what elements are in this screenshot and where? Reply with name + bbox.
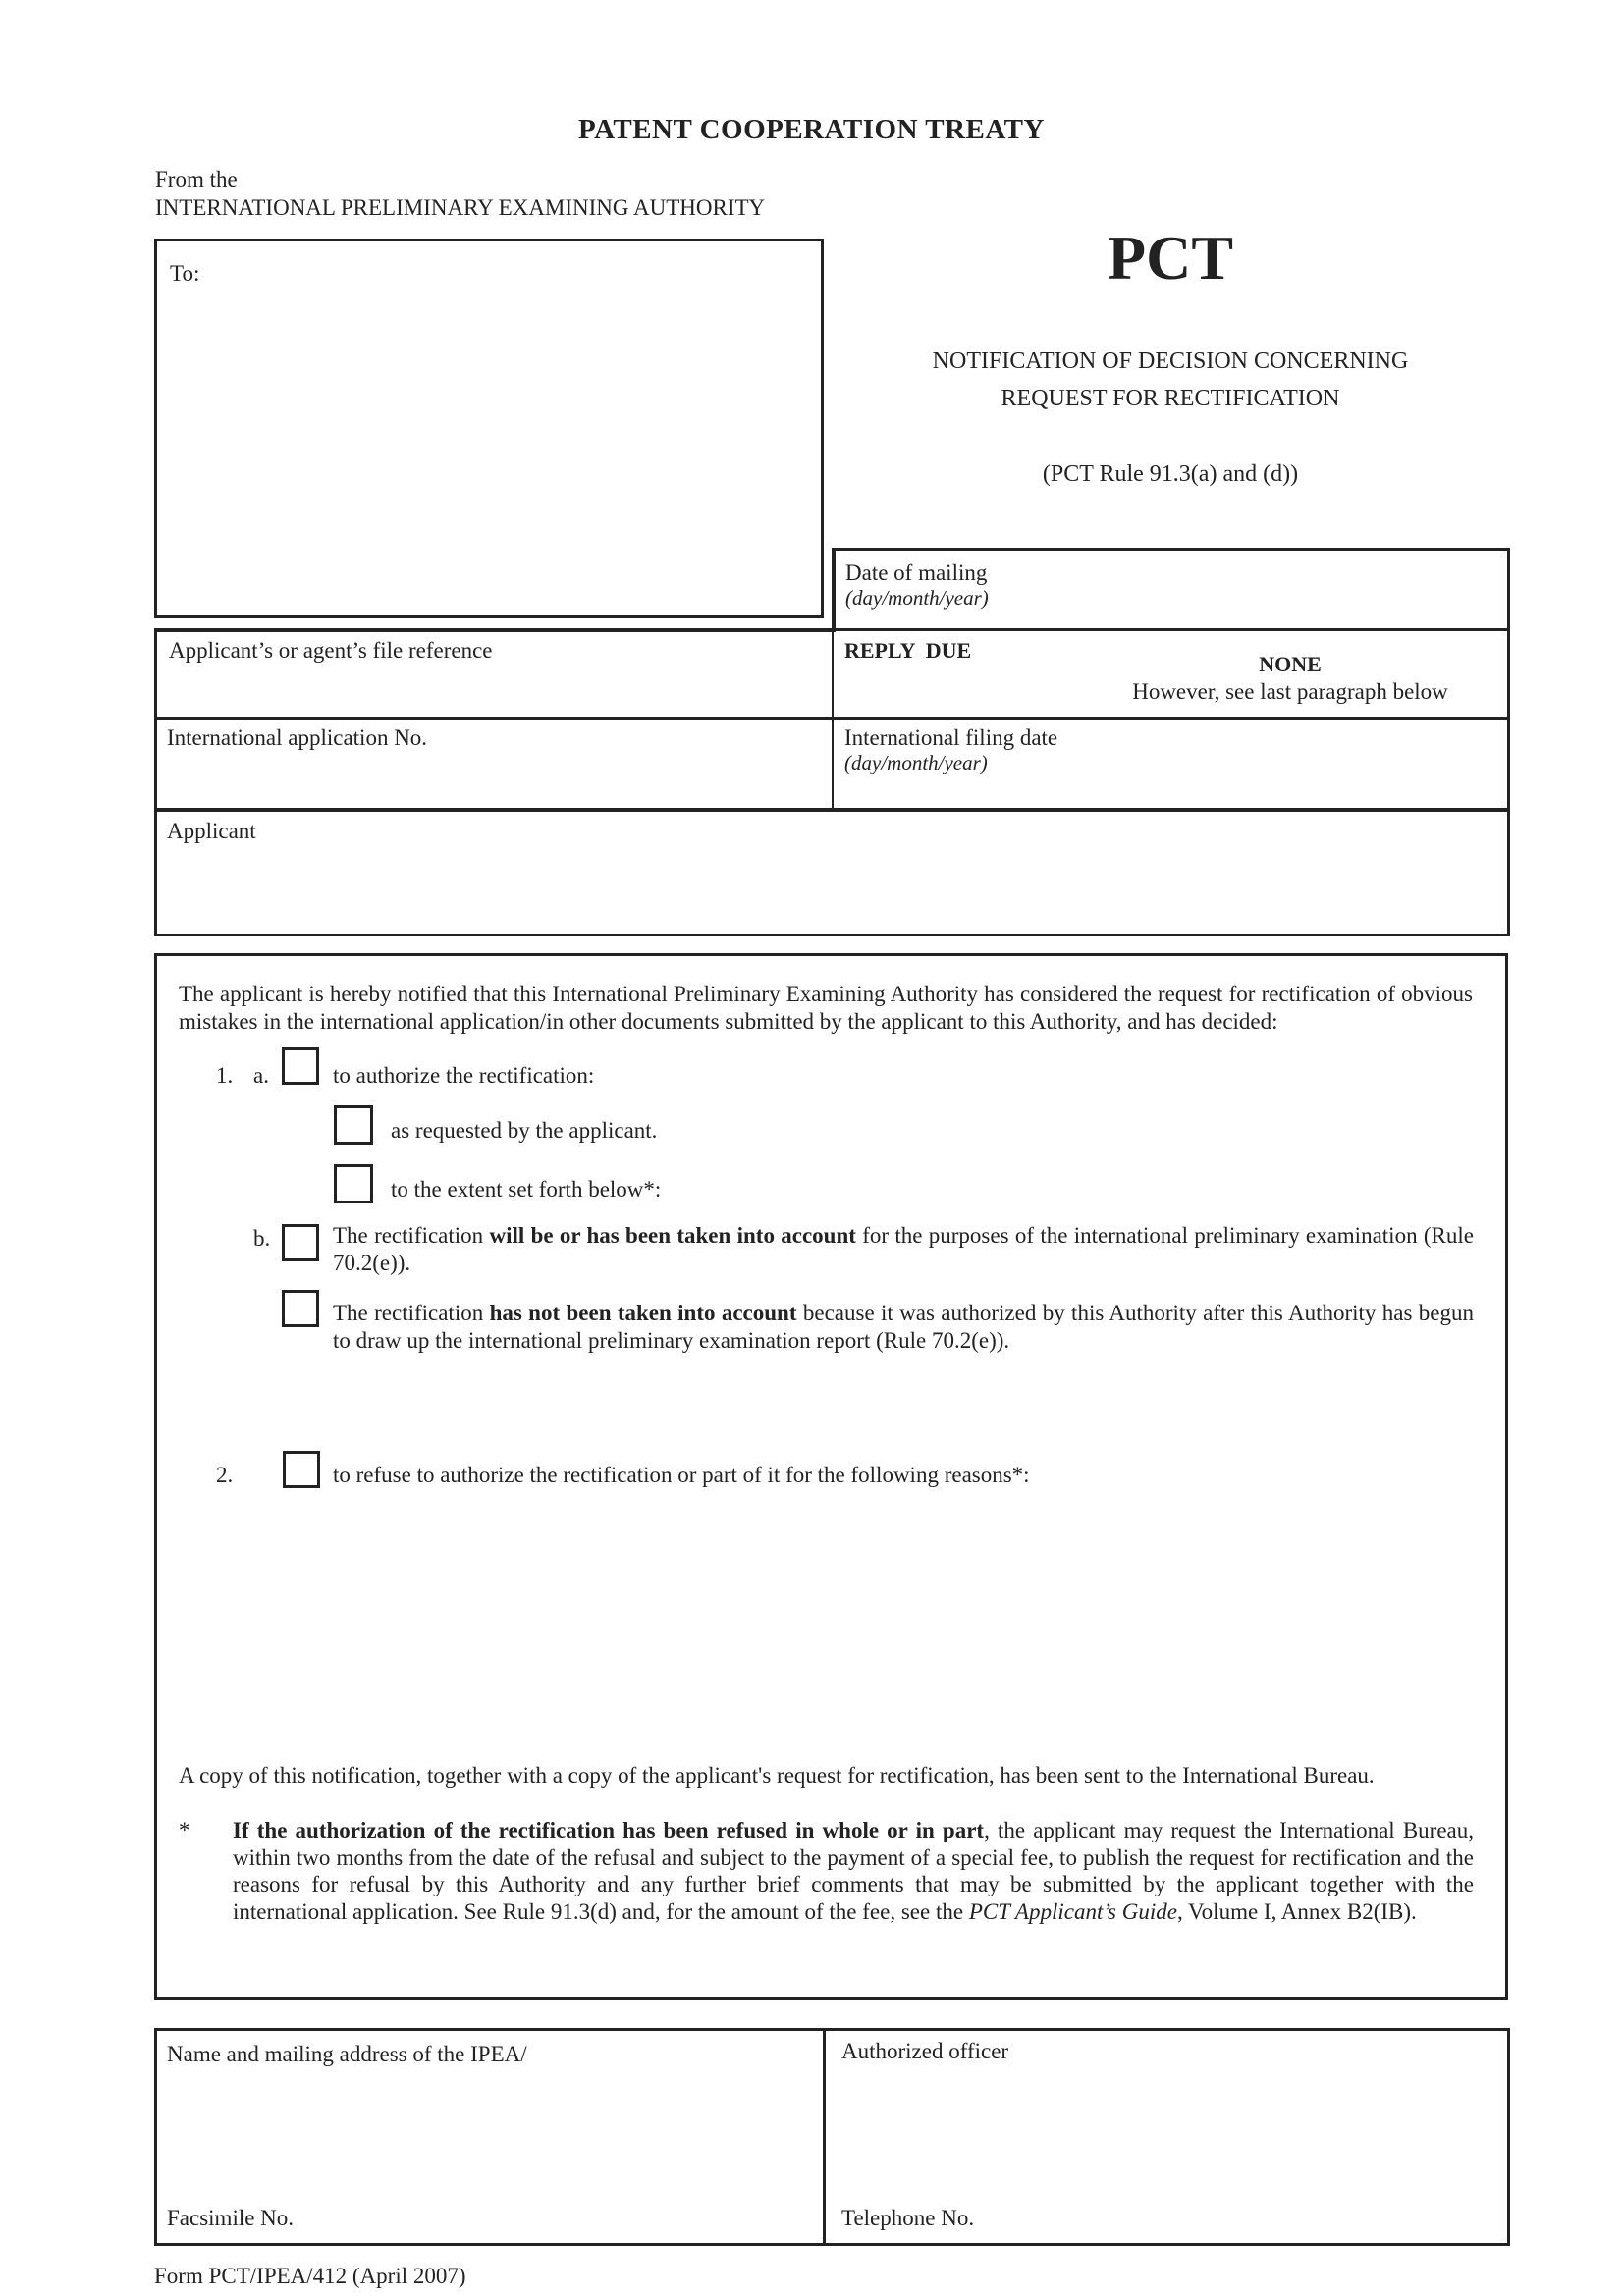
ipea-address-label: Name and mailing address of the IPEA/ [167, 2042, 527, 2067]
ipea-address-field[interactable]: Name and mailing address of the IPEA/ Fa… [157, 2031, 823, 2243]
filing-date-label: International filing date [844, 725, 1057, 751]
extent-set-forth-label: to the extent set forth below*: [391, 1177, 661, 1202]
document-title-line2: REQUEST FOR RECTIFICATION [833, 386, 1508, 411]
refuse-rectification-label: to refuse to authorize the rectification… [333, 1463, 1030, 1488]
rule-reference: (PCT Rule 91.3(a) and (d)) [833, 461, 1508, 487]
treaty-title: PATENT COOPERATION TREATY [0, 114, 1623, 146]
pct-logo: PCT [833, 224, 1508, 293]
reply-due-label: REPLY DUE [844, 638, 971, 664]
document-title-line1: NOTIFICATION OF DECISION CONCERNING [833, 348, 1508, 374]
extent-set-forth-checkbox[interactable] [334, 1164, 373, 1203]
date-of-mailing-field[interactable]: Date of mailing (day/month/year) [833, 548, 1510, 632]
rectification-taken-into-account-checkbox[interactable] [282, 1224, 319, 1261]
as-requested-checkbox[interactable] [334, 1105, 373, 1145]
file-reference-label: Applicant’s or agent’s file reference [169, 638, 493, 664]
from-label: From the [155, 167, 238, 192]
refusal-reasons-area[interactable] [333, 1502, 1472, 1747]
form-identifier: Form PCT/IPEA/412 (April 2007) [154, 2264, 466, 2289]
authorized-officer-field[interactable]: Authorized officer Telephone No. [826, 2031, 1507, 2243]
refuse-rectification-checkbox[interactable] [283, 1451, 320, 1488]
item-2-number: 2. [216, 1463, 233, 1488]
authorize-rectification-checkbox[interactable] [282, 1047, 319, 1085]
reply-due-field: REPLY DUE NONE However, see last paragra… [834, 632, 1507, 717]
copy-note: A copy of this notification, together wi… [179, 1763, 1375, 1789]
addressee-box[interactable]: To: [154, 239, 824, 618]
footnote-asterisk: * [179, 1818, 190, 1843]
footnote-text: If the authorization of the rectificatio… [233, 1817, 1474, 1925]
filing-date-hint: (day/month/year) [844, 750, 988, 775]
rectification-not-taken-checkbox[interactable] [282, 1290, 319, 1327]
decision-intro: The applicant is hereby notified that th… [179, 981, 1473, 1035]
telephone-label: Telephone No. [841, 2206, 974, 2231]
reply-due-value: NONE [1128, 652, 1452, 677]
authority-name: INTERNATIONAL PRELIMINARY EXAMINING AUTH… [155, 195, 765, 221]
authorize-rectification-label: to authorize the rectification: [333, 1063, 594, 1089]
date-of-mailing-label: Date of mailing [845, 561, 987, 586]
file-reference-field[interactable]: Applicant’s or agent’s file reference [157, 632, 832, 717]
applicant-field[interactable]: Applicant [157, 812, 1507, 934]
date-of-mailing-hint: (day/month/year) [845, 585, 989, 611]
facsimile-label: Facsimile No. [167, 2206, 294, 2231]
applicant-label: Applicant [167, 819, 256, 844]
to-label: To: [170, 261, 199, 287]
authorized-officer-label: Authorized officer [841, 2039, 1008, 2064]
item-1b-letter: b. [253, 1226, 270, 1252]
application-number-field[interactable]: International application No. [157, 720, 832, 808]
as-requested-label: as requested by the applicant. [391, 1118, 657, 1144]
rectification-not-taken-text: The rectification has not been taken int… [333, 1300, 1474, 1354]
rectification-taken-into-account-text: The rectification will be or has been ta… [333, 1222, 1474, 1276]
reply-due-note: However, see last paragraph below [1030, 679, 1550, 705]
filing-date-field[interactable]: International filing date (day/month/yea… [834, 720, 1507, 808]
item-1a-letter: a. [253, 1063, 269, 1089]
item-1-number: 1. [216, 1063, 233, 1089]
application-number-label: International application No. [167, 725, 427, 751]
